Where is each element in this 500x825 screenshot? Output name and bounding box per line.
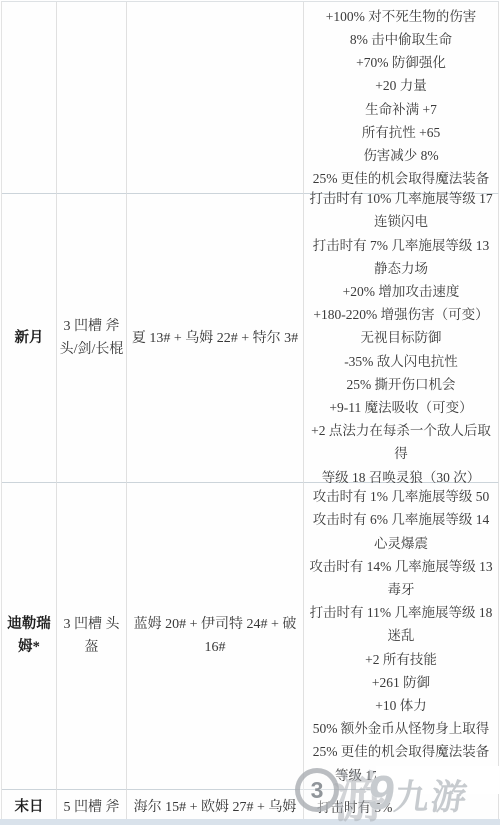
effect-line: 生命补满 +7 bbox=[305, 98, 497, 121]
effect-line-obscured: 等级 17 bbox=[305, 764, 497, 787]
effect-line: 打击时有 10% 几率施展等级 17 连锁闪电 bbox=[305, 187, 497, 233]
runeword-runes-cell: 夏 13# + 乌姆 22# + 特尔 3# bbox=[127, 194, 304, 483]
effect-line: 打击时有 5% bbox=[305, 796, 497, 819]
runeword-effects-cell: 攻击时有 1% 几率施展等级 50 攻击时有 6% 几率施展等级 14 心灵爆震… bbox=[304, 483, 499, 790]
effect-line: +2 点法力在每杀一个敌人后取得 bbox=[305, 419, 497, 465]
effect-line: +70% 防御强化 bbox=[305, 51, 497, 74]
runeword-runes-cell: 海尔 15# + 欧姆 27# + 乌姆 bbox=[127, 790, 304, 820]
effect-line: 攻击时有 1% 几率施展等级 50 bbox=[305, 485, 497, 508]
effect-line: +261 防御 bbox=[305, 671, 497, 694]
runeword-slots-cell bbox=[57, 2, 127, 194]
effect-line: 25% 撕开伤口机会 bbox=[305, 373, 497, 396]
runeword-slots-cell: 3 凹槽 斧头/剑/长棍 bbox=[57, 194, 127, 483]
effect-line: 攻击时有 6% 几率施展等级 14 心灵爆震 bbox=[305, 508, 497, 554]
effect-line: 无视目标防御 bbox=[305, 326, 497, 349]
effect-line: +20% 增加攻击速度 bbox=[305, 280, 497, 303]
runeword-slots-cell: 5 凹槽 斧 bbox=[57, 790, 127, 820]
effect-line: +9-11 魔法吸收（可变） bbox=[305, 396, 497, 419]
effect-line: 50% 额外金币从怪物身上取得 bbox=[305, 717, 497, 740]
runeword-effects-cell: 打击时有 5% bbox=[304, 790, 499, 820]
effect-line: 打击时有 7% 几率施展等级 13 静态力场 bbox=[305, 234, 497, 280]
runeword-effects-cell: +100% 对不死生物的伤害 8% 击中偷取生命 +70% 防御强化 +20 力… bbox=[304, 2, 499, 194]
effect-line: +180-220% 增强伤害（可变） bbox=[305, 303, 497, 326]
runeword-name-cell: 迪勒瑞姆* bbox=[2, 483, 57, 790]
runeword-effects-cell: 打击时有 10% 几率施展等级 17 连锁闪电 打击时有 7% 几率施展等级 1… bbox=[304, 194, 499, 483]
next-row-edge-strip bbox=[0, 819, 500, 825]
runeword-name-cell bbox=[2, 2, 57, 194]
runeword-runes-cell: 蓝姆 20# + 伊司特 24# + 破 16# bbox=[127, 483, 304, 790]
effect-line: 伤害减少 8% bbox=[305, 144, 497, 167]
effect-line: 8% 击中偷取生命 bbox=[305, 28, 497, 51]
runeword-name-cell: 新月 bbox=[2, 194, 57, 483]
effect-line: +20 力量 bbox=[305, 74, 497, 97]
runeword-runes-cell bbox=[127, 2, 304, 194]
screenshot-canvas: +100% 对不死生物的伤害 8% 击中偷取生命 +70% 防御强化 +20 力… bbox=[0, 0, 500, 825]
effect-line: 25% 更佳的机会取得魔法装备 bbox=[305, 740, 497, 763]
runeword-slots-cell: 3 凹槽 头盔 bbox=[57, 483, 127, 790]
effect-line: +100% 对不死生物的伤害 bbox=[305, 5, 497, 28]
runeword-table: +100% 对不死生物的伤害 8% 击中偷取生命 +70% 防御强化 +20 力… bbox=[1, 1, 499, 820]
effect-line: 攻击时有 14% 几率施展等级 13 毒牙 bbox=[305, 555, 497, 601]
effect-line: 打击时有 11% 几率施展等级 18 迷乱 bbox=[305, 601, 497, 647]
runeword-name-cell: 末日 bbox=[2, 790, 57, 820]
effect-line: -35% 敌人闪电抗性 bbox=[305, 350, 497, 373]
effect-line: 所有抗性 +65 bbox=[305, 121, 497, 144]
effect-line: +2 所有技能 bbox=[305, 648, 497, 671]
effect-line: +10 体力 bbox=[305, 694, 497, 717]
